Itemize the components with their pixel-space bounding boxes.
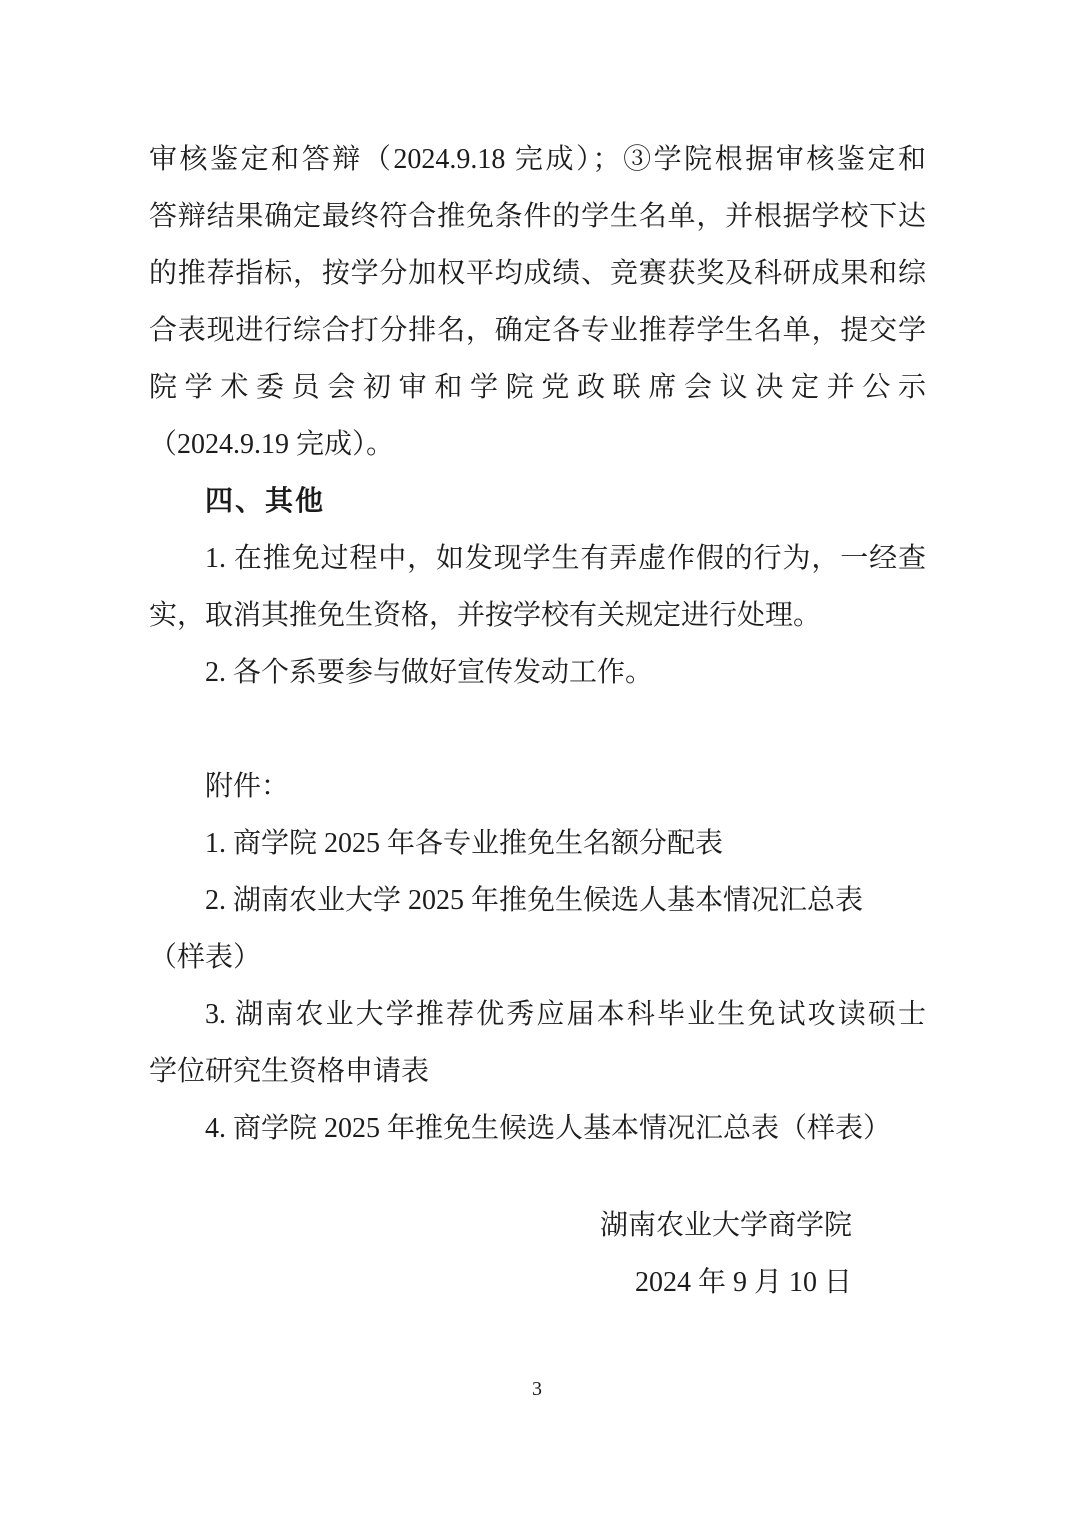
body-line-4: 合表现进行综合打分排名，确定各专业推荐学生名单，提交学: [149, 302, 926, 359]
attachments-label: 附件：: [149, 758, 926, 815]
signature-block: 湖南农业大学商学院 2024 年 9 月 10 日: [149, 1197, 926, 1311]
body-line-2: 答辩结果确定最终符合推免条件的学生名单，并根据学校下达: [149, 188, 926, 245]
page-number: 3: [0, 1378, 1074, 1400]
attachment-2-line-2: （样表）: [149, 929, 926, 986]
body-line-6: （2024.9.19 完成）。: [149, 416, 926, 473]
item-1-line-1: 1. 在推免过程中，如发现学生有弄虚作假的行为，一经查: [149, 530, 926, 587]
blank-line: [149, 701, 926, 758]
signature-org: 湖南农业大学商学院: [149, 1197, 852, 1254]
document-body: 审核鉴定和答辩（2024.9.18 完成）；③学院根据审核鉴定和 答辩结果确定最…: [149, 131, 926, 1311]
item-2-line: 2. 各个系要参与做好宣传发动工作。: [149, 644, 926, 701]
attachment-4: 4. 商学院 2025 年推免生候选人基本情况汇总表（样表）: [149, 1100, 926, 1157]
attachment-3-line-2: 学位研究生资格申请表: [149, 1043, 926, 1100]
document-page: 审核鉴定和答辩（2024.9.18 完成）；③学院根据审核鉴定和 答辩结果确定最…: [0, 0, 1074, 1520]
attachment-1: 1. 商学院 2025 年各专业推免生名额分配表: [149, 815, 926, 872]
item-1-line-2: 实，取消其推免生资格，并按学校有关规定进行处理。: [149, 587, 926, 644]
body-line-1: 审核鉴定和答辩（2024.9.18 完成）；③学院根据审核鉴定和: [149, 131, 926, 188]
section-heading-other: 四、其他: [149, 473, 926, 530]
attachment-2-line-1: 2. 湖南农业大学 2025 年推免生候选人基本情况汇总表: [149, 872, 926, 929]
signature-date: 2024 年 9 月 10 日: [149, 1254, 852, 1311]
body-line-3: 的推荐指标，按学分加权平均成绩、竞赛获奖及科研成果和综: [149, 245, 926, 302]
body-line-5: 院学术委员会初审和学院党政联席会议决定并公示: [149, 359, 926, 416]
attachment-3-line-1: 3. 湖南农业大学推荐优秀应届本科毕业生免试攻读硕士: [149, 986, 926, 1043]
